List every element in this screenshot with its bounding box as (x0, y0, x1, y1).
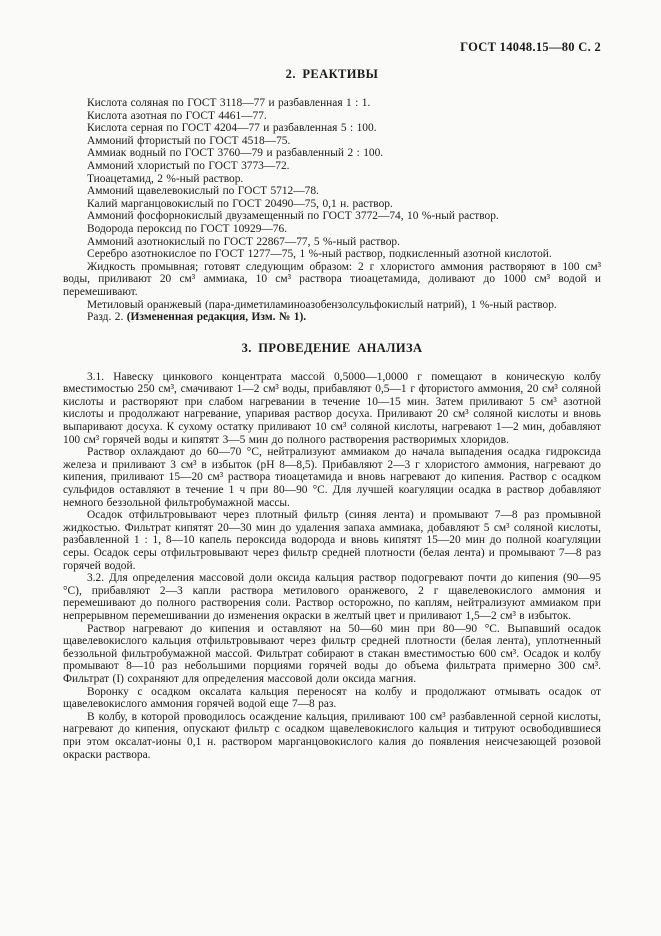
reagent-line: Кислота соляная по ГОСТ 3118—77 и разбав… (63, 97, 601, 110)
analysis-paragraph-3-2: 3.2. Для определения массовой доли оксид… (63, 572, 601, 622)
reagent-line: Аммиак водный по ГОСТ 3760—79 и разбавле… (63, 147, 601, 160)
reagent-line: Аммоний щавелевокислый по ГОСТ 5712—78. (63, 185, 601, 198)
document-page: ГОСТ 14048.15—80 С. 2 2. РЕАКТИВЫ Кислот… (0, 0, 661, 936)
amendment-bold-text: (Измененная редакция, Изм. № 1). (127, 311, 306, 323)
reagent-line-methyl-orange: Метиловый оранжевый (пара-диметиламиноаз… (63, 299, 601, 312)
gost-page-header: ГОСТ 14048.15—80 С. 2 (63, 40, 601, 55)
reagent-line: Тиоацетамид, 2 %-ный раствор. (63, 173, 601, 186)
reagent-line: Аммоний хлористый по ГОСТ 3773—72. (63, 160, 601, 173)
analysis-paragraph: Раствор охлаждают до 60—70 °С, нейтрализ… (63, 446, 601, 509)
reagent-line: Аммоний азотнокислый по ГОСТ 22867—77, 5… (63, 236, 601, 249)
section-reagents: 2. РЕАКТИВЫ Кислота соляная по ГОСТ 3118… (63, 67, 601, 324)
analysis-paragraph: Раствор нагревают до кипения и оставляют… (63, 623, 601, 686)
section-title-analysis: 3. ПРОВЕДЕНИЕ АНАЛИЗА (63, 341, 601, 356)
reagent-line-wash-liquid: Жидкость промывная; готовят следующим об… (63, 261, 601, 299)
reagent-line: Аммоний фосфорнокислый двузамещенный по … (63, 210, 601, 223)
reagent-line: Кислота азотная по ГОСТ 4461—77. (63, 110, 601, 123)
reagent-line: Калий марганцовокислый по ГОСТ 20490—75,… (63, 198, 601, 211)
analysis-paragraph-3-1: 3.1. Навеску цинкового концентрата массо… (63, 371, 601, 447)
amendment-prefix: Разд. 2. (87, 311, 127, 323)
analysis-paragraph: Воронку с осадком оксалата кальция перен… (63, 686, 601, 711)
analysis-paragraph: В колбу, в которой проводилось осаждение… (63, 711, 601, 761)
section-analysis: 3. ПРОВЕДЕНИЕ АНАЛИЗА 3.1. Навеску цинко… (63, 341, 601, 761)
reagent-line: Водорода пероксид по ГОСТ 10929—76. (63, 223, 601, 236)
amendment-note: Разд. 2. (Измененная редакция, Изм. № 1)… (63, 311, 601, 324)
analysis-paragraph: Осадок отфильтровывают через плотный фил… (63, 509, 601, 572)
reagent-line: Серебро азотнокислое по ГОСТ 1277—75, 1 … (63, 248, 601, 261)
reagent-line: Аммоний фтористый по ГОСТ 4518—75. (63, 135, 601, 148)
reagent-line: Кислота серная по ГОСТ 4204—77 и разбавл… (63, 122, 601, 135)
section-title-reagents: 2. РЕАКТИВЫ (63, 67, 601, 82)
